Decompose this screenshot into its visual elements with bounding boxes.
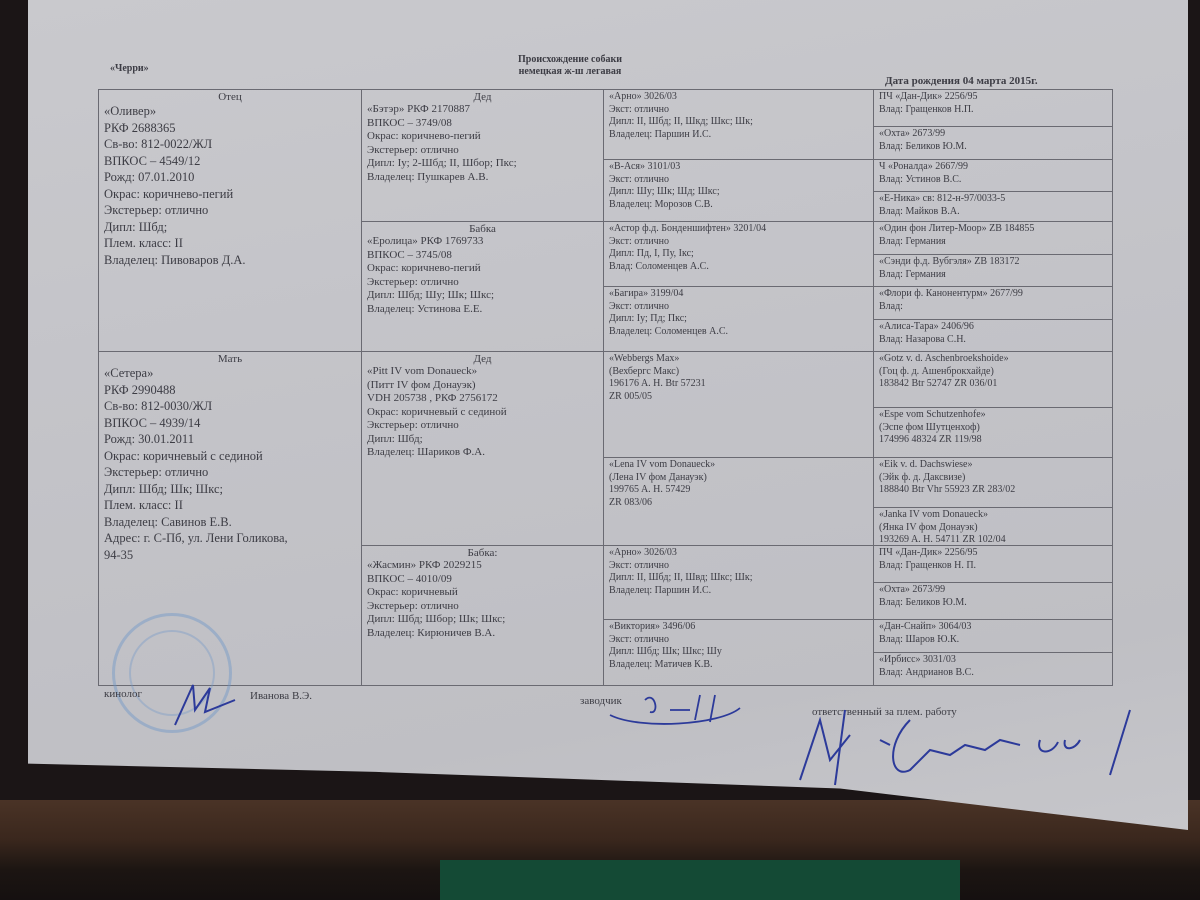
- pedigree-line: «В-Ася» 3101/03: [609, 161, 868, 174]
- pedigree-line: Экстерьер: отлично: [104, 202, 356, 219]
- pedigree-line: Владелец: Паршин И.С.: [609, 585, 868, 598]
- pedigree-line: Окрас: коричнево-пегий: [104, 186, 356, 203]
- pedigree-line: Плем. класс: II: [104, 235, 356, 252]
- great-grandparent-cell: «Виктория» 3496/06Экст: отличноДипл: Шбд…: [604, 620, 873, 687]
- relation-label: Мать: [104, 353, 356, 365]
- pedigree-line: Дипл: Шу; Шк; Шд; Шкс;: [609, 186, 868, 199]
- pedigree-line: Владелец: Паршин И.С.: [609, 129, 868, 142]
- pedigree-line: «Багира» 3199/04: [609, 288, 868, 301]
- pedigree-line: Экстерьер: отлично: [367, 276, 598, 290]
- pedigree-line: Влад: Беликов Ю.М.: [879, 597, 1107, 610]
- pedigree-line: «Охта» 2673/99: [879, 584, 1107, 597]
- pedigree-line: Св-во: 812-0022/ЖЛ: [104, 136, 356, 153]
- pedigree-line: Влад: Гращенков Н.П.: [879, 104, 1107, 117]
- great-grandparents-column: «Арно» 3026/03Экст: отличноДипл: II, Шбд…: [604, 90, 874, 685]
- great-grandparent-cell: «Багира» 3199/04Экст: отличноДипл: Iу; П…: [604, 287, 873, 352]
- great-great-grandparent-cell: «Охта» 2673/99Влад: Беликов Ю.М.: [874, 583, 1112, 620]
- pedigree-line: Дипл: II, Шбд; II, Швд; Шкс; Шк;: [609, 572, 868, 585]
- pedigree-line: Экст: отлично: [609, 301, 868, 314]
- relation-label: Дед: [367, 91, 598, 103]
- pedigree-line: Владелец: Пивоваров Д.А.: [104, 252, 356, 269]
- pedigree-line: «Дан-Снайп» 3064/03: [879, 621, 1107, 634]
- pedigree-line: Экст: отлично: [609, 174, 868, 187]
- birth-date: Дата рождения 04 марта 2015г.: [885, 75, 1038, 87]
- pedigree-line: «Флори ф. Канонентурм» 2677/99: [879, 288, 1107, 301]
- pedigree-line: «Сэнди ф.д. Вубгэля» ZB 183172: [879, 256, 1107, 269]
- relation-label: Бабка: [367, 223, 598, 235]
- pedigree-line: Экстерьер: отлично: [367, 600, 598, 614]
- pedigree-line: Дипл: Iу; Пд; Пкс;: [609, 313, 868, 326]
- pedigree-line: ПЧ «Дан-Дик» 2256/95: [879, 547, 1107, 560]
- cynologist-name: Иванова В.Э.: [250, 690, 312, 702]
- pedigree-line: Влад: Беликов Ю.М.: [879, 141, 1107, 154]
- pedigree-line: Дипл: Шбд; Шк; Шкс; Шу: [609, 646, 868, 659]
- great-grandparent-cell: «Арно» 3026/03 Экст: отличноДипл: II, Шб…: [604, 546, 873, 620]
- pedigree-table: Отец«Оливер»РКФ 2688365Св-во: 812-0022/Ж…: [98, 89, 1113, 686]
- pedigree-line: ZR 005/05: [609, 391, 868, 404]
- pedigree-line: ВПКОС – 3749/08: [367, 117, 598, 131]
- pedigree-line: Дипл: Шбд; Шу; Шк; Шкс;: [367, 289, 598, 303]
- pedigree-line: «Pitt IV vom Donaueck»: [367, 365, 598, 379]
- pedigree-line: 188840 Btr Vhr 55923 ZR 283/02: [879, 484, 1107, 497]
- pedigree-line: «Lena IV vom Donaueck»: [609, 459, 868, 472]
- pedigree-line: «Eik v. d. Dachswiese»: [879, 459, 1107, 472]
- great-great-grandparent-cell: «Janka IV vom Donaueck»(Янка IV фом Дона…: [874, 508, 1112, 546]
- pedigree-line: Влад: Андрианов В.С.: [879, 667, 1107, 680]
- pedigree-line: (Эспе фом Шутценхоф): [879, 422, 1107, 435]
- pedigree-line: ВПКОС – 3745/08: [367, 249, 598, 263]
- pedigree-line: «Виктория» 3496/06: [609, 621, 868, 634]
- pedigree-line: «Espe vom Schutzenhofe»: [879, 409, 1107, 422]
- pedigree-line: Адрес: г. С-Пб, ул. Лени Голикова,: [104, 530, 356, 547]
- great-great-grandparent-cell: ПЧ «Дан-Дик» 2256/95Влад: Гращенков Н. П…: [874, 546, 1112, 583]
- grandparent-cell: Бабка«Еролица» РКФ 1769733ВПКОС – 3745/0…: [362, 222, 603, 352]
- grandparent-cell: Бабка:«Жасмин» РКФ 2029215ВПКОС – 4010/0…: [362, 546, 603, 687]
- pedigree-line: «Webbergs Max»: [609, 353, 868, 366]
- pedigree-line: «Арно» 3026/03: [609, 91, 868, 104]
- pedigree-line: (Вехбергс Макс): [609, 366, 868, 379]
- pedigree-line: Дипл: Шбд;: [367, 433, 598, 447]
- pedigree-line: (Эйк ф. д. Даксвизе): [879, 472, 1107, 485]
- dog-name: «Черри»: [110, 63, 149, 74]
- pedigree-line: «Оливер»: [104, 103, 356, 120]
- pedigree-line: Дипл: II, Шбд; II, Шкд; Шкс; Шк;: [609, 116, 868, 129]
- pedigree-line: Экст: отлично: [609, 634, 868, 647]
- pedigree-line: ВПКОС – 4939/14: [104, 415, 356, 432]
- grandparent-cell: Дед«Pitt IV vom Donaueck»(Питт IV фом До…: [362, 352, 603, 546]
- pedigree-line: Владелец: Матичев К.В.: [609, 659, 868, 672]
- great-grandparent-cell: «Lena IV vom Donaueck»(Лена IV фом Данау…: [604, 458, 873, 546]
- pedigree-line: Владелец: Савинов Е.В.: [104, 514, 356, 531]
- pedigree-line: Экст: отлично: [609, 560, 868, 573]
- pedigree-line: Экстерьер: отлично: [104, 464, 356, 481]
- pedigree-line: Окрас: коричнево-пегий: [367, 130, 598, 144]
- great-great-grandparent-cell: «Алиса-Тара» 2406/96Влад: Назарова С.Н.: [874, 320, 1112, 352]
- pedigree-line: Дипл: Iу; 2-Шбд; II, Шбор; Пкс;: [367, 157, 598, 171]
- relation-label: Бабка:: [367, 547, 598, 559]
- pedigree-line: Владелец: Пушкарев А.В.: [367, 171, 598, 185]
- pedigree-line: Экстерьер: отлично: [367, 144, 598, 158]
- pedigree-line: Дипл: Шбд;: [104, 219, 356, 236]
- pedigree-line: 174996 48324 ZR 119/98: [879, 434, 1107, 447]
- pedigree-line: «Е-Ника» св: 812-н-97/0033-5: [879, 193, 1107, 206]
- pedigree-line: Влад:: [879, 301, 1107, 314]
- great-great-grandparent-cell: «Флори ф. Канонентурм» 2677/99Влад:: [874, 287, 1112, 320]
- pedigree-line: Влад: Германия: [879, 269, 1107, 282]
- great-great-grandparent-cell: «Е-Ника» св: 812-н-97/0033-5Влад: Майков…: [874, 192, 1112, 222]
- breeder-signature: [600, 690, 750, 730]
- pedigree-line: «Бэтэр» РКФ 2170887: [367, 103, 598, 117]
- great-grandparent-cell: «Арно» 3026/03Экст: отличноДипл: II, Шбд…: [604, 90, 873, 160]
- grandparents-column: Дед«Бэтэр» РКФ 2170887ВПКОС – 3749/08Окр…: [362, 90, 604, 685]
- pedigree-line: Дипл: Шбд; Шбор; Шк; Шкс;: [367, 613, 598, 627]
- pedigree-line: Владелец: Морозов С.В.: [609, 199, 868, 212]
- great-great-grandparent-cell: «Дан-Снайп» 3064/03Влад: Шаров Ю.К.: [874, 620, 1112, 653]
- great-great-grandparent-cell: «Ирбисс» 3031/03Влад: Андрианов В.С.: [874, 653, 1112, 687]
- pedigree-line: (Лена IV фом Данауэк): [609, 472, 868, 485]
- great-great-grandparent-cell: «Сэнди ф.д. Вубгэля» ZB 183172Влад: Герм…: [874, 255, 1112, 287]
- pedigree-line: «Ирбисс» 3031/03: [879, 654, 1107, 667]
- pedigree-line: Влад: Устинов В.С.: [879, 174, 1107, 187]
- pedigree-line: Экст: отлично: [609, 236, 868, 249]
- parents-column: Отец«Оливер»РКФ 2688365Св-во: 812-0022/Ж…: [99, 90, 362, 685]
- document-title: Происхождение собаки немецкая ж-ш легава…: [420, 54, 720, 78]
- pedigree-line: Владелец: Соломенцев А.С.: [609, 326, 868, 339]
- pedigree-line: «Gotz v. d. Aschenbroekshoide»: [879, 353, 1107, 366]
- pedigree-line: 94-35: [104, 547, 356, 564]
- great-great-grandparent-cell: «Gotz v. d. Aschenbroekshoide»(Гоц ф. д.…: [874, 352, 1112, 408]
- green-background-object: [440, 860, 960, 900]
- great-great-grandparent-cell: ПЧ «Дан-Дик» 2256/95Влад: Гращенков Н.П.: [874, 90, 1112, 127]
- pedigree-line: Плем. класс: II: [104, 497, 356, 514]
- relation-label: Отец: [104, 91, 356, 103]
- pedigree-line: РКФ 2990488: [104, 382, 356, 399]
- pedigree-line: Экстерьер: отлично: [367, 419, 598, 433]
- pedigree-line: «Один фон Литер-Моор» ZB 184855: [879, 223, 1107, 236]
- pedigree-line: «Алиса-Тара» 2406/96: [879, 321, 1107, 334]
- pedigree-line: Влад: Германия: [879, 236, 1107, 249]
- pedigree-line: ПЧ «Дан-Дик» 2256/95: [879, 91, 1107, 104]
- great-grandparent-cell: «Астор ф.д. Бонденшифтен» 3201/04Экст: о…: [604, 222, 873, 287]
- pedigree-line: «Охта» 2673/99: [879, 128, 1107, 141]
- pedigree-line: Рожд: 07.01.2010: [104, 169, 356, 186]
- pedigree-line: 196176 A. H. Btr 57231: [609, 378, 868, 391]
- pedigree-line: Св-во: 812-0030/ЖЛ: [104, 398, 356, 415]
- cynologist-signature: [165, 680, 245, 730]
- great-grandparent-cell: «Webbergs Max»(Вехбергс Макс)196176 A. H…: [604, 352, 873, 458]
- pedigree-line: Влад: Майков В.А.: [879, 206, 1107, 219]
- pedigree-line: Рожд: 30.01.2011: [104, 431, 356, 448]
- great-great-grandparents-column: ПЧ «Дан-Дик» 2256/95Влад: Гращенков Н.П.…: [874, 90, 1112, 685]
- responsible-signature: [790, 700, 1150, 790]
- pedigree-line: ВПКОС – 4010/09: [367, 573, 598, 587]
- pedigree-line: Владелец: Кирюничев В.А.: [367, 627, 598, 641]
- pedigree-line: «Жасмин» РКФ 2029215: [367, 559, 598, 573]
- pedigree-line: Владелец: Шариков Ф.А.: [367, 446, 598, 460]
- pedigree-line: ВПКОС – 4549/12: [104, 153, 356, 170]
- cynologist-label: кинолог: [104, 688, 142, 700]
- pedigree-line: VDH 205738 , РКФ 2756172: [367, 392, 598, 406]
- pedigree-line: Ч «Роналда» 2667/99: [879, 161, 1107, 174]
- pedigree-line: (Питт IV фом Донауэк): [367, 379, 598, 393]
- title-line-2: немецкая ж-ш легавая: [420, 66, 720, 78]
- great-great-grandparent-cell: Ч «Роналда» 2667/99Влад: Устинов В.С.: [874, 160, 1112, 192]
- great-great-grandparent-cell: «Espe vom Schutzenhofe»(Эспе фом Шутценх…: [874, 408, 1112, 458]
- great-great-grandparent-cell: «Один фон Литер-Моор» ZB 184855Влад: Гер…: [874, 222, 1112, 255]
- grandparent-cell: Дед«Бэтэр» РКФ 2170887ВПКОС – 3749/08Окр…: [362, 90, 603, 222]
- pedigree-line: «Сетера»: [104, 365, 356, 382]
- father-cell: Отец«Оливер»РКФ 2688365Св-во: 812-0022/Ж…: [99, 90, 361, 352]
- pedigree-line: Влад: Гращенков Н. П.: [879, 560, 1107, 573]
- pedigree-line: Влад: Назарова С.Н.: [879, 334, 1107, 347]
- pedigree-line: Влад: Шаров Ю.К.: [879, 634, 1107, 647]
- pedigree-line: Влад: Соломенцев А.С.: [609, 261, 868, 274]
- relation-label: Дед: [367, 353, 598, 365]
- great-grandparent-cell: «В-Ася» 3101/03Экст: отличноДипл: Шу; Шк…: [604, 160, 873, 222]
- pedigree-line: ZR 083/06: [609, 497, 868, 510]
- pedigree-line: Дипл: Шбд; Шк; Шкс;: [104, 481, 356, 498]
- pedigree-line: (Янка IV фом Донауэк): [879, 522, 1107, 535]
- pedigree-line: «Арно» 3026/03: [609, 547, 868, 560]
- pedigree-line: Окрас: коричневый с сединой: [367, 406, 598, 420]
- pedigree-line: «Астор ф.д. Бонденшифтен» 3201/04: [609, 223, 868, 236]
- pedigree-line: Окрас: коричневый с сединой: [104, 448, 356, 465]
- pedigree-line: Окрас: коричневый: [367, 586, 598, 600]
- title-line-1: Происхождение собаки: [420, 54, 720, 66]
- pedigree-line: Окрас: коричнево-пегий: [367, 262, 598, 276]
- great-great-grandparent-cell: «Eik v. d. Dachswiese»(Эйк ф. д. Даксвиз…: [874, 458, 1112, 508]
- pedigree-line: Владелец: Устинова Е.Е.: [367, 303, 598, 317]
- pedigree-line: Экст: отлично: [609, 104, 868, 117]
- pedigree-line: «Еролица» РКФ 1769733: [367, 235, 598, 249]
- pedigree-line: 193269 A. H. 54711 ZR 102/04: [879, 534, 1107, 546]
- pedigree-line: 199765 A. H. 57429: [609, 484, 868, 497]
- pedigree-line: Дипл: Пд, I, Пу, Iкс;: [609, 248, 868, 261]
- great-great-grandparent-cell: «Охта» 2673/99Влад: Беликов Ю.М.: [874, 127, 1112, 160]
- pedigree-line: 183842 Btr 52747 ZR 036/01: [879, 378, 1107, 391]
- pedigree-line: РКФ 2688365: [104, 120, 356, 137]
- pedigree-line: «Janka IV vom Donaueck»: [879, 509, 1107, 522]
- pedigree-line: (Гоц ф. д. Ашенброкхайде): [879, 366, 1107, 379]
